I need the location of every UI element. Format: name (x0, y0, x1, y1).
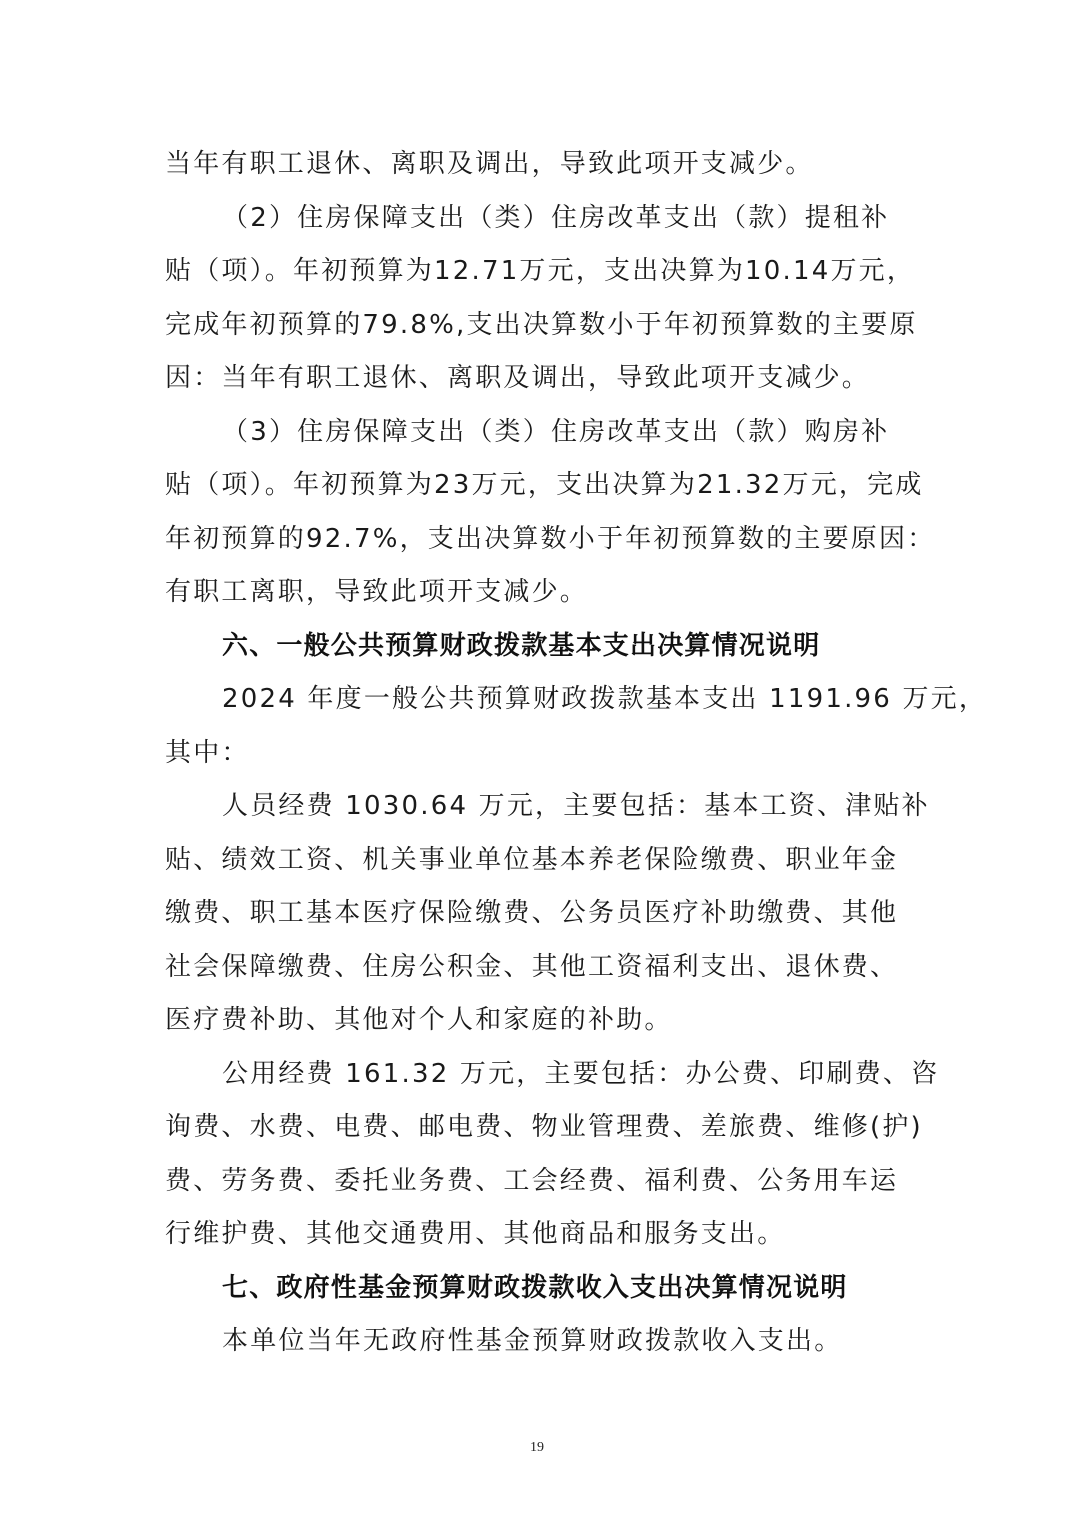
paragraph-line: 公用经费 161.32 万元，主要包括：办公费、印刷费、咨 (222, 1054, 915, 1094)
paragraph-line: 行维护费、其他交通费用、其他商品和服务支出。 (165, 1214, 915, 1254)
paragraph-line: 因：当年有职工退休、离职及调出，导致此项开支减少。 (165, 358, 915, 398)
paragraph-line: 有职工离职，导致此项开支减少。 (165, 572, 915, 612)
paragraph-line: 2024 年度一般公共预算财政拨款基本支出 1191.96 万元， (222, 679, 915, 719)
paragraph-line: 贴（项）。年初预算为12.71万元，支出决算为10.14万元， (165, 251, 915, 291)
paragraph-line: 社会保障缴费、住房公积金、其他工资福利支出、退休费、 (165, 947, 915, 987)
paragraph-line: 医疗费补助、其他对个人和家庭的补助。 (165, 1000, 915, 1040)
paragraph-line: 缴费、职工基本医疗保险缴费、公务员医疗补助缴费、其他 (165, 893, 915, 933)
paragraph-line: 当年有职工退休、离职及调出，导致此项开支减少。 (165, 144, 915, 184)
paragraph-line: 贴（项）。年初预算为23万元，支出决算为21.32万元，完成 (165, 465, 915, 505)
section-heading-6: 六、一般公共预算财政拨款基本支出决算情况说明 (222, 626, 915, 666)
paragraph-line: 本单位当年无政府性基金预算财政拨款收入支出。 (222, 1321, 915, 1361)
paragraph-line: （3）住房保障支出（类）住房改革支出（款）购房补 (222, 412, 915, 452)
paragraph-line: 年初预算的92.7%，支出决算数小于年初预算数的主要原因： (165, 519, 915, 559)
paragraph-line: 贴、绩效工资、机关事业单位基本养老保险缴费、职业年金 (165, 840, 915, 880)
paragraph-line: 完成年初预算的79.8%,支出决算数小于年初预算数的主要原 (165, 305, 915, 345)
paragraph-line: 其中： (165, 733, 915, 773)
document-page: 当年有职工退休、离职及调出，导致此项开支减少。 （2）住房保障支出（类）住房改革… (0, 0, 1074, 1520)
paragraph-line: （2）住房保障支出（类）住房改革支出（款）提租补 (222, 198, 915, 238)
section-heading-7: 七、政府性基金预算财政拨款收入支出决算情况说明 (222, 1268, 915, 1308)
paragraph-line: 费、劳务费、委托业务费、工会经费、福利费、公务用车运 (165, 1161, 915, 1201)
page-number: 19 (0, 1440, 1074, 1456)
paragraph-line: 人员经费 1030.64 万元，主要包括：基本工资、津贴补 (222, 786, 915, 826)
paragraph-line: 询费、水费、电费、邮电费、物业管理费、差旅费、维修(护) (165, 1107, 915, 1147)
